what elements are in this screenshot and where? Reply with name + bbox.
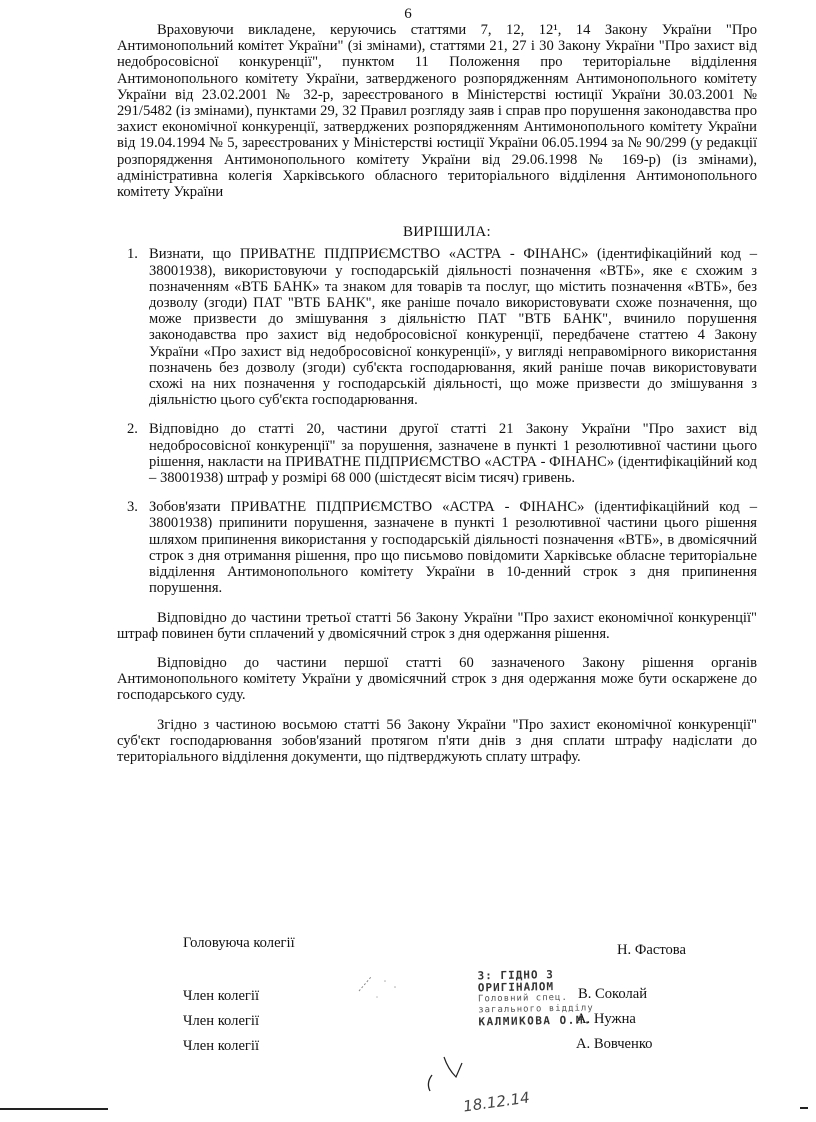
handwritten-signature [418,1055,478,1095]
scan-edge-mark-right [800,1107,808,1109]
scan-edge-mark-left [0,1108,108,1110]
chair-role: Головуюча колегії [183,935,295,952]
member-role: Член колегії [183,1013,259,1030]
member-name: А. Вовченко [576,1036,652,1053]
document-page: 6 Враховуючи викладене, керуючись стаття… [0,0,816,1122]
member-role: Член колегії [183,988,259,1005]
chair-name: Н. Фастова [617,942,686,959]
stamp-line: З: ГІДНО З ОРИГІНАЛОМ [478,968,638,995]
certified-copy-stamp: З: ГІДНО З ОРИГІНАЛОМ Головний спец. заг… [478,968,639,1029]
faint-signature-mark [355,967,405,1007]
signature-block: Головуюча колегії Н. Фастова Член колегі… [0,0,816,1122]
member-role: Член колегії [183,1038,259,1055]
